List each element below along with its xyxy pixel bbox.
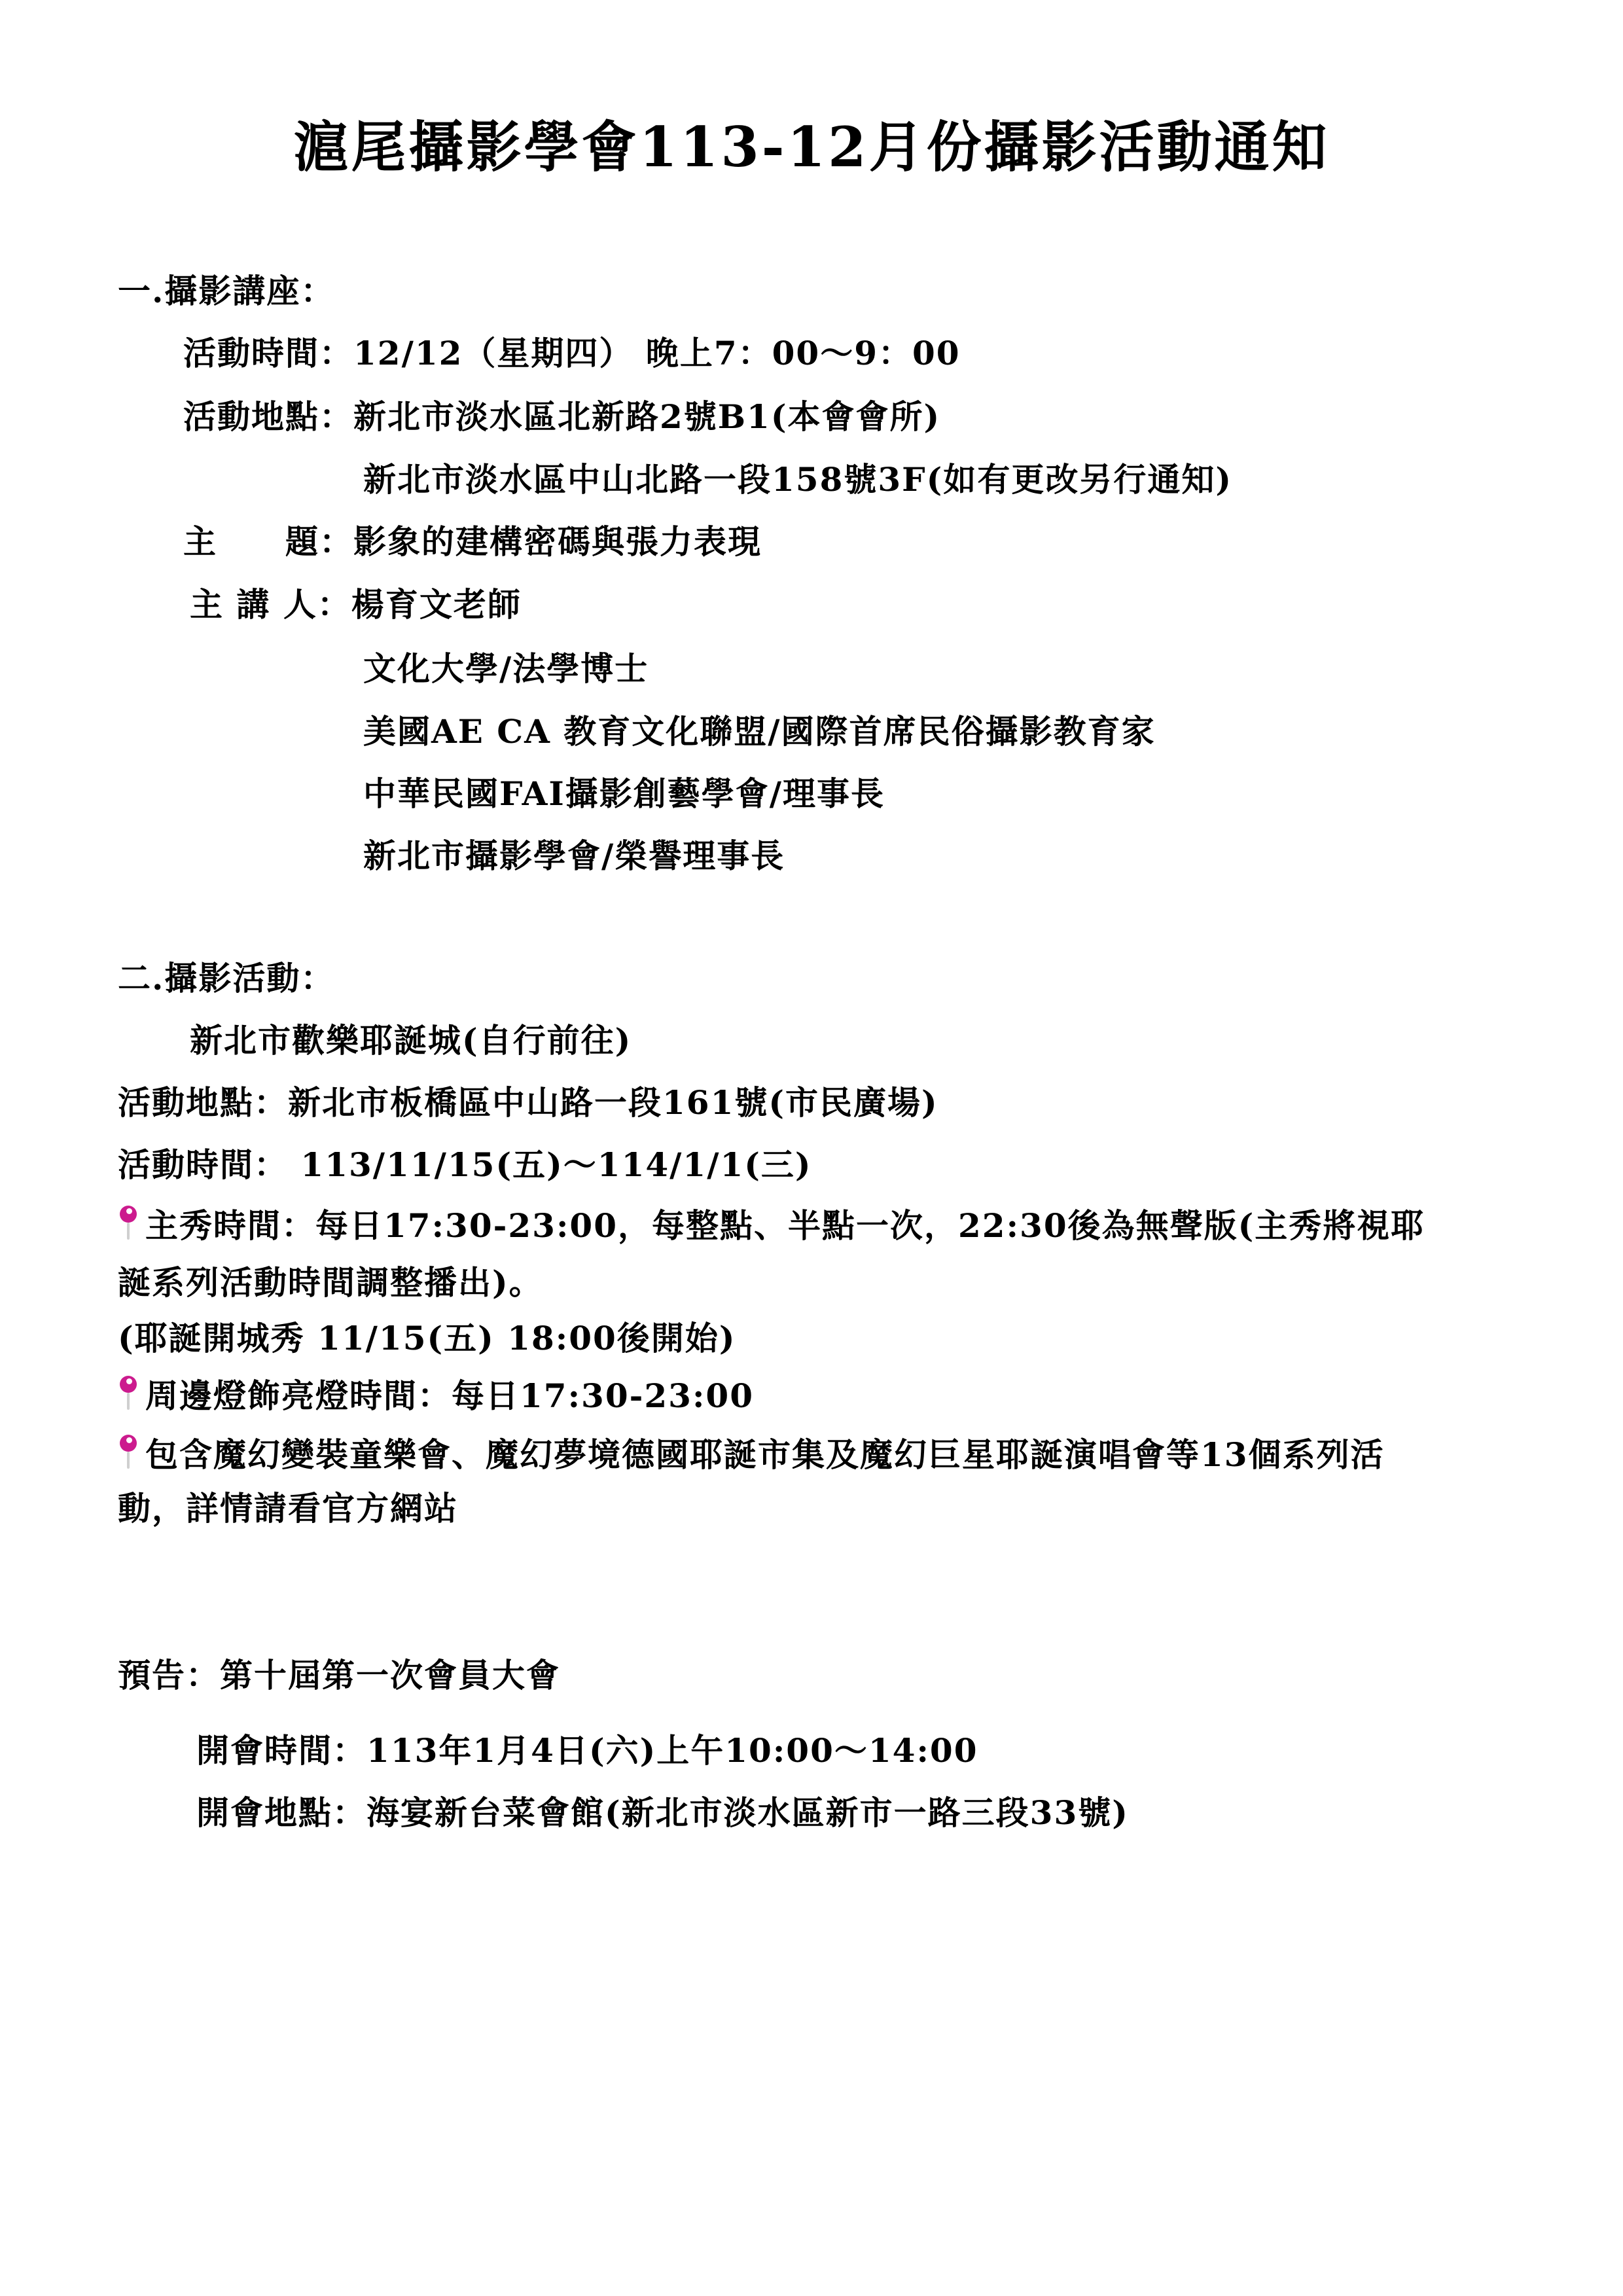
page-title: 滬尾攝影學會113-12月份攝影活動通知: [0, 111, 1623, 183]
bullet-series: 包含魔幻變裝童樂會、魔幻夢境德國耶誕市集及魔幻巨星耶誕演唱會等13個系列活: [118, 1433, 1385, 1475]
lecture-location-1: 活動地點：新北市淡水區北新路2號B1(本會會所): [183, 397, 940, 437]
announcement-heading: 預告：第十屆第一次會員大會: [118, 1656, 560, 1695]
bullet-series-continued: 動，詳情請看官方網站: [118, 1489, 458, 1528]
opening-show-note: (耶誕開城秀 11/15(五) 18:00後開始): [118, 1319, 736, 1358]
lecture-speaker: 主 講 人：楊育文老師: [190, 585, 522, 624]
lecture-time: 活動時間：12/12（星期四） 晚上7：00～9：00: [183, 334, 961, 373]
meeting-time: 開會時間：113年1月4日(六)上午10:00～14:00: [196, 1731, 978, 1770]
lecture-location-2: 新北市淡水區中山北路一段158號3F(如有更改另行通知): [363, 460, 1232, 499]
speaker-credential: 文化大學/法學博士: [363, 649, 649, 689]
bullet-text: 包含魔幻變裝童樂會、魔幻夢境德國耶誕市集及魔幻巨星耶誕演唱會等13個系列活: [145, 1435, 1385, 1474]
bullet-text: 周邊燈飾亮燈時間：每日17:30-23:00: [145, 1376, 754, 1415]
speaker-credential: 美國AE CA 教育文化聯盟/國際首席民俗攝影教育家: [363, 712, 1156, 751]
pushpin-icon: [118, 1374, 140, 1411]
pushpin-icon: [118, 1204, 140, 1241]
bullet-main-show: 主秀時間：每日17:30-23:00，每整點、半點一次，22:30後為無聲版(主…: [118, 1204, 1425, 1246]
meeting-location: 開會地點：海宴新台菜會館(新北市淡水區新市一路三段33號): [196, 1793, 1129, 1833]
lecture-topic: 主 題：影象的建構密碼與張力表現: [183, 522, 762, 562]
event-location: 活動地點：新北市板橋區中山路一段161號(市民廣場): [118, 1083, 938, 1122]
bullet-lighting: 周邊燈飾亮燈時間：每日17:30-23:00: [118, 1374, 754, 1416]
pushpin-icon: [118, 1433, 140, 1470]
event-time: 活動時間： 113/11/15(五)～114/1/1(三): [118, 1145, 812, 1185]
section-heading-lecture: 一.攝影講座：: [118, 272, 334, 311]
speaker-credential: 新北市攝影學會/榮譽理事長: [363, 836, 785, 876]
speaker-credential: 中華民國FAI攝影創藝學會/理事長: [363, 774, 885, 814]
event-name: 新北市歡樂耶誕城(自行前往): [190, 1021, 632, 1060]
bullet-text: 主秀時間：每日17:30-23:00，每整點、半點一次，22:30後為無聲版(主…: [145, 1206, 1425, 1245]
bullet-main-show-continued: 誕系列活動時間調整播出)。: [118, 1263, 543, 1302]
section-heading-activity: 二.攝影活動：: [118, 959, 334, 998]
